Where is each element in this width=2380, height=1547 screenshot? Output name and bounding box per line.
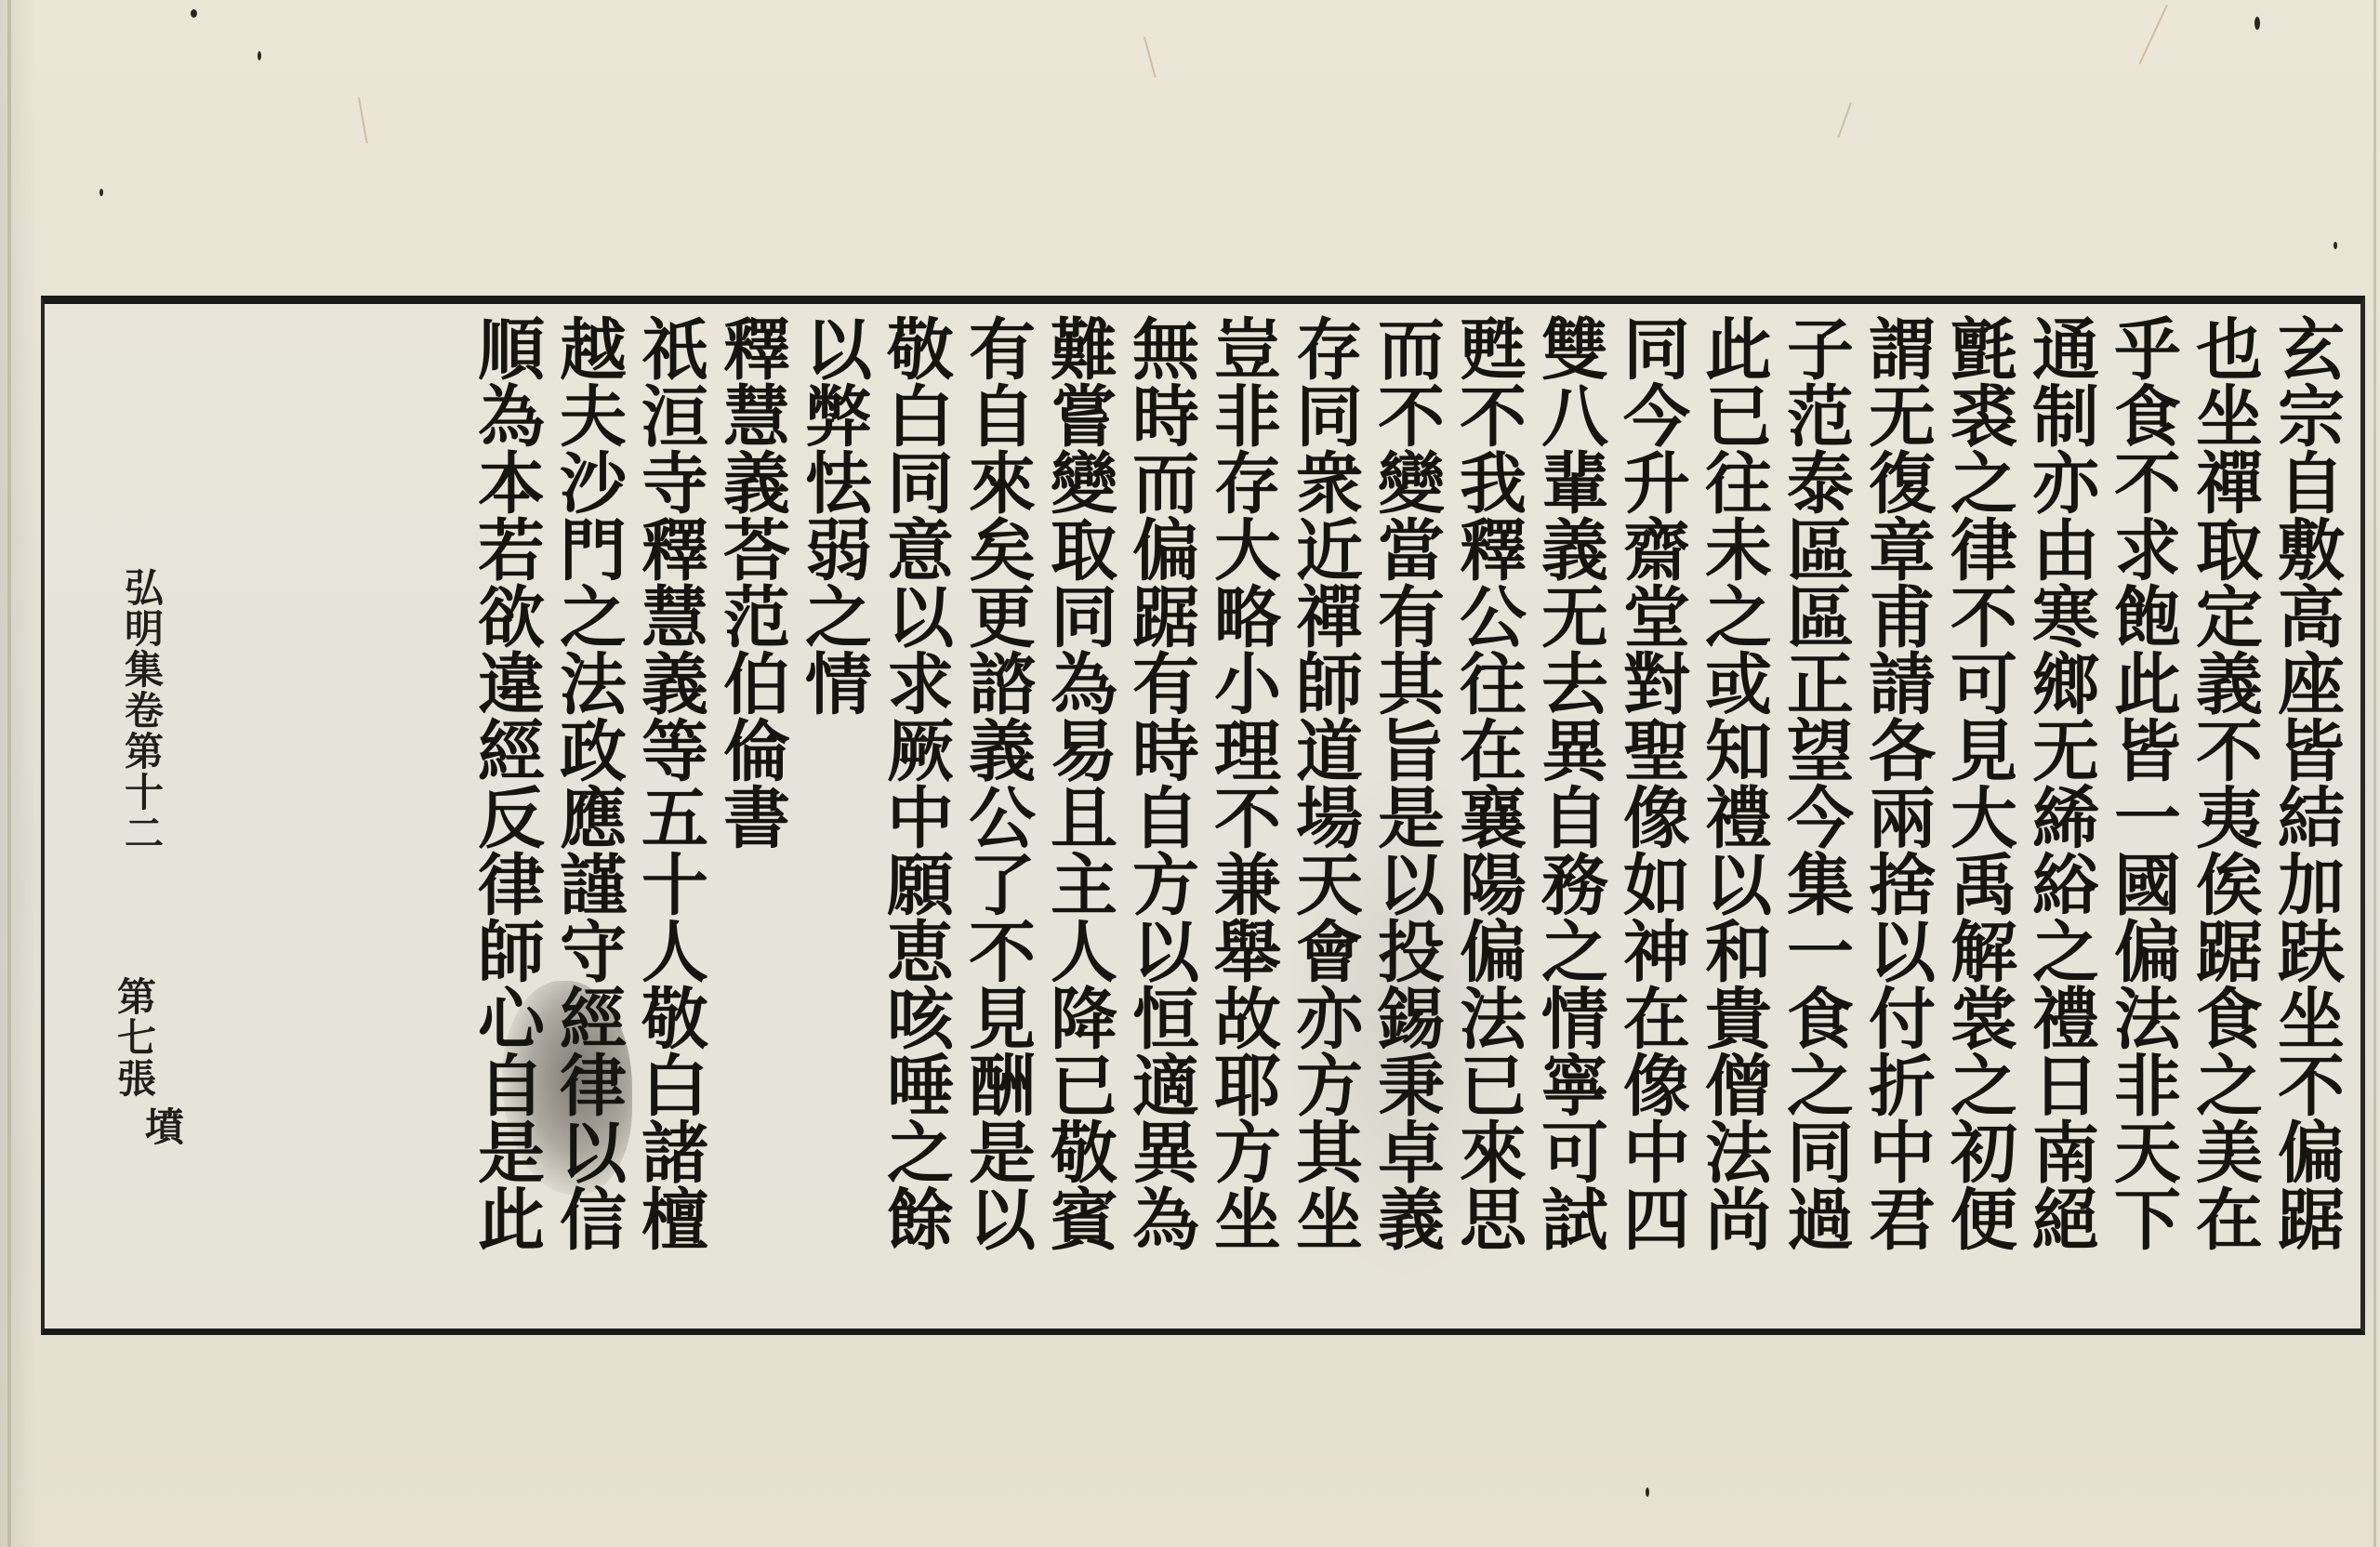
column-text: 有自來矣更諮義公了不見酬是以 xyxy=(958,314,1036,1251)
column-text: 也坐禪取定義不夷俟踞食之美在 xyxy=(2185,314,2263,1251)
margin-note-page: 第七張 xyxy=(112,976,156,1099)
column-text: 敬白同意以求厥中願恵咳唾之餘 xyxy=(876,314,954,1251)
column-text: 雙八輩義无去異自務之情寧可試 xyxy=(1530,314,1608,1251)
text-column-4: 通制亦由寒鄉无絺綌之禮日南絕 xyxy=(2021,314,2099,1251)
column-text: 以弊怯弱之情 xyxy=(794,314,872,716)
column-text: 此已往未之或知禮以和貴僧法尚 xyxy=(1694,314,1772,1251)
text-column-19: 以弊怯弱之情 xyxy=(794,314,872,716)
text-column-23: 順為本若欲違經反律師心自是此 xyxy=(467,314,545,1251)
column-text: 通制亦由寒鄉无絺綌之禮日南絕 xyxy=(2021,314,2099,1251)
column-text: 而不變當有其旨是以投錫秉卓義 xyxy=(1367,314,1445,1251)
text-column-8: 此已往未之或知禮以和貴僧法尚 xyxy=(1694,314,1772,1251)
text-column-9: 同今升齋堂對聖像如神在像中四 xyxy=(1612,314,1690,1251)
paper-fleck xyxy=(99,189,103,196)
text-column-21: 祇洹寺釋慧義等五十人敬白諸檀 xyxy=(630,314,708,1251)
column-text: 順為本若欲違經反律師心自是此 xyxy=(467,314,545,1251)
column-text: 無時而偏踞有時自方以恒適異為 xyxy=(1121,314,1199,1251)
column-text: 祇洹寺釋慧義等五十人敬白諸檀 xyxy=(630,314,708,1251)
paper-fleck xyxy=(2254,17,2260,30)
text-column-7: 子范泰區區正望今集一食之同過 xyxy=(1776,314,1854,1251)
column-text: 乎食不求飽此皆一國偏法非天下 xyxy=(2103,314,2181,1251)
page-spine-left-edge xyxy=(7,0,11,1547)
text-column-13: 存同衆近禪師道場天會亦方其坐 xyxy=(1285,314,1363,1251)
column-text: 豈非存大略小理不兼舉故耶方坐 xyxy=(1203,314,1281,1251)
column-text: 玄宗自敷高座皆結加趺坐不偏踞 xyxy=(2267,314,2345,1251)
text-column-2: 也坐禪取定義不夷俟踞食之美在 xyxy=(2185,314,2263,1251)
text-column-12: 而不變當有其旨是以投錫秉卓義 xyxy=(1367,314,1445,1251)
text-column-22: 越夫沙門之法政應謹守經律以信 xyxy=(549,314,627,1251)
column-text: 氈裘之律不可見大禹解裳之初便 xyxy=(1939,314,2017,1251)
page-spine-right-edge xyxy=(2373,0,2376,1547)
text-column-6: 謂无復章甫請各兩捨以付折中君 xyxy=(1858,314,1936,1251)
paper-fleck xyxy=(2334,242,2337,249)
text-column-14: 豈非存大略小理不兼舉故耶方坐 xyxy=(1203,314,1281,1251)
column-text: 難嘗變取同為易且主人降已敬賓 xyxy=(1039,314,1117,1251)
text-column-17: 有自來矣更諮義公了不見酬是以 xyxy=(958,314,1036,1251)
column-text: 子范泰區區正望今集一食之同過 xyxy=(1776,314,1854,1251)
column-text: 釋慧義荅范伯倫書 xyxy=(712,314,790,850)
text-column-18: 敬白同意以求厥中願恵咳唾之餘 xyxy=(876,314,954,1251)
text-column-5: 氈裘之律不可見大禹解裳之初便 xyxy=(1939,314,2017,1251)
paper-fleck xyxy=(258,51,261,60)
paper-fleck xyxy=(191,9,197,18)
text-column-1: 玄宗自敷高座皆結加趺坐不偏踞 xyxy=(2267,314,2345,1251)
paper-fleck xyxy=(1646,1487,1649,1497)
text-column-15: 無時而偏踞有時自方以恒適異為 xyxy=(1121,314,1199,1251)
column-text: 謂无復章甫請各兩捨以付折中君 xyxy=(1858,314,1936,1251)
text-column-16: 難嘗變取同為易且主人降已敬賓 xyxy=(1039,314,1117,1251)
column-text: 甦不我釋公往在襄陽偏法已來思 xyxy=(1448,314,1527,1251)
text-column-11: 甦不我釋公往在襄陽偏法已來思 xyxy=(1448,314,1527,1251)
column-text: 越夫沙門之法政應謹守經律以信 xyxy=(549,314,627,1251)
margin-note-title: 弘明集卷第十二 xyxy=(119,567,164,853)
column-text: 存同衆近禪師道場天會亦方其坐 xyxy=(1285,314,1363,1251)
margin-note-mark: 墳 xyxy=(139,1106,184,1147)
text-column-10: 雙八輩義无去異自務之情寧可試 xyxy=(1530,314,1608,1251)
text-column-20: 釋慧義荅范伯倫書 xyxy=(712,314,790,850)
text-column-3: 乎食不求飽此皆一國偏法非天下 xyxy=(2103,314,2181,1251)
column-text: 同今升齋堂對聖像如神在像中四 xyxy=(1612,314,1690,1251)
